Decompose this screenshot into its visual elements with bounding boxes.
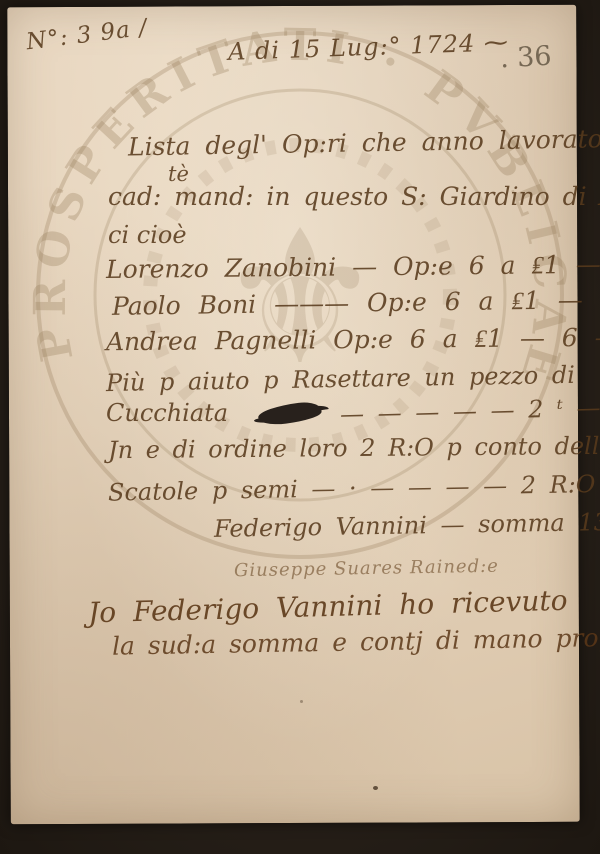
paper-speck (373, 786, 378, 790)
worker-entry: Andrea Pagnelli Op:e 6 a ₤1 — 6 — (106, 323, 600, 357)
receipt-line: Jo Federigo Vannini ho ricevuto (88, 584, 568, 630)
amount-dashes: — — — — — 2 ᵗ — (340, 394, 600, 429)
manuscript-line: Più p aiuto p Rasettare un pezzo di (106, 361, 575, 397)
ink-blot (257, 400, 322, 427)
worker-entry: Lorenzo Zanobini — Op:e 6 a ₤1 — 6 — (106, 249, 600, 285)
manuscript-line: Jn e di ordine loro 2 R:O p conto delle (108, 432, 600, 464)
manuscript-line: ci cioè (108, 221, 187, 249)
subtotal-line: Federigo Vannini — somma 139 — (214, 507, 600, 543)
archive-number: N°: 3 9a / (25, 15, 149, 56)
paper-speck (300, 700, 303, 703)
manuscript-line: cad: mand: in questo S: Giardino di Ameg… (108, 182, 600, 211)
manuscript-line: Scatole p semi — · — — — — 2 R:O — (108, 469, 600, 506)
countersignature: Giuseppe Suares Rained:e (234, 556, 499, 582)
folio-number: . 36 (499, 41, 552, 75)
manuscript-line: Cucchiata (106, 399, 228, 427)
receipt-line: la sud:a somma e contj di mano propria (112, 622, 600, 660)
date-line: A di 15 Lug:° 1724 ⁓ (228, 28, 510, 66)
worker-entry: Paolo Boni ——— Op:e 6 a ₤1 — 6 — (112, 284, 600, 322)
manuscript-line: Lista degl' Op:ri che anno lavorato la (128, 124, 600, 162)
handwriting-layer: N°: 3 9a / A di 15 Lug:° 1724 ⁓ . 36 Lis… (0, 0, 600, 854)
